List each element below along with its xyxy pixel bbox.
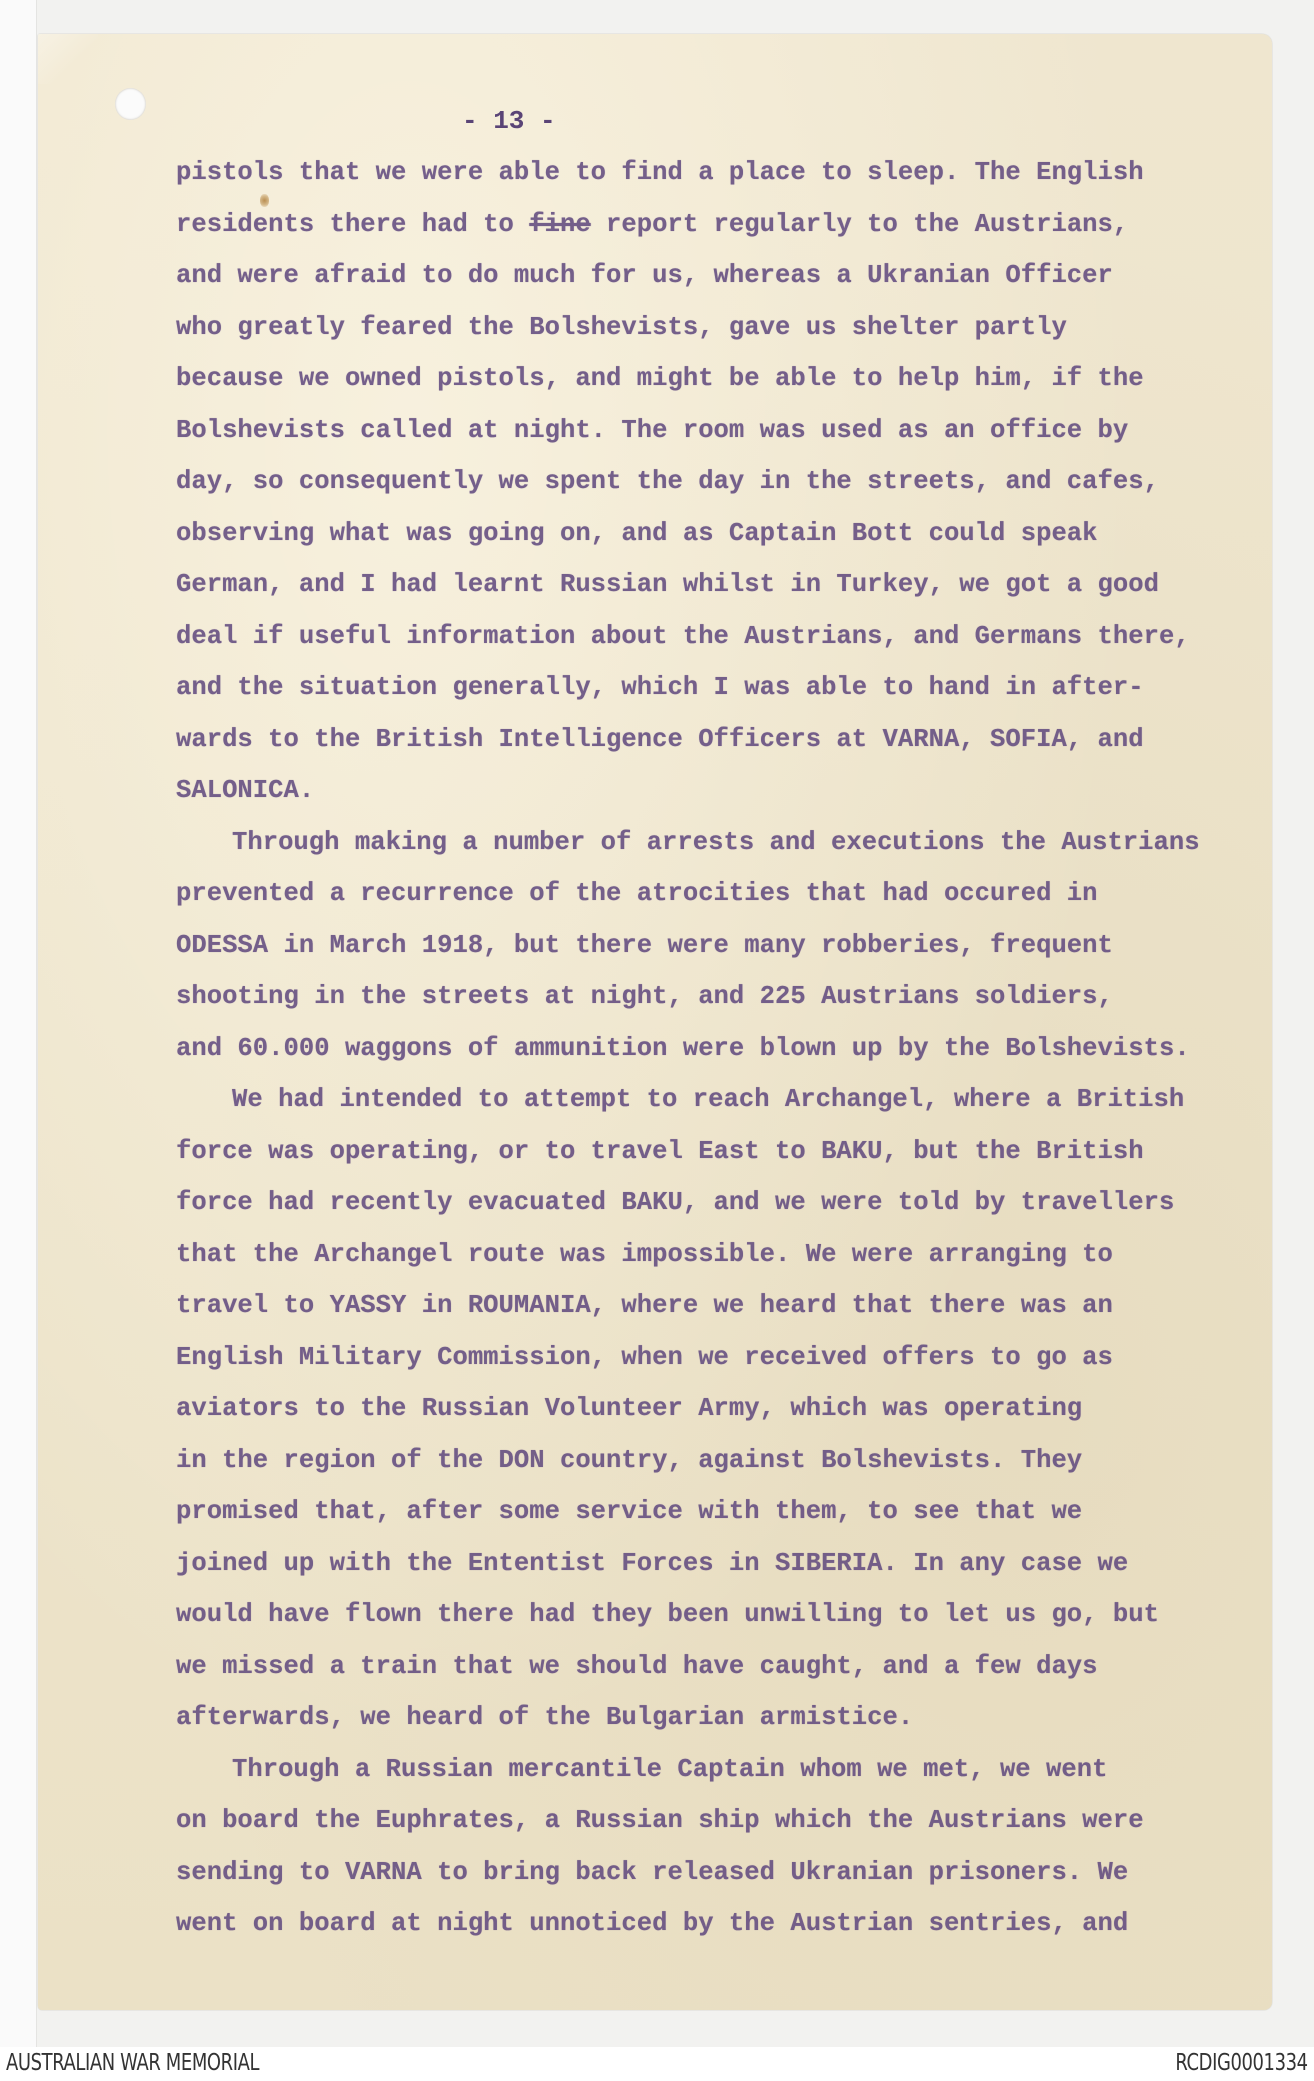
- typed-line: shooting in the streets at night, and 22…: [176, 982, 1113, 1012]
- typed-line: we missed a train that we should have ca…: [176, 1652, 1098, 1682]
- typed-line: observing what was going on, and as Capt…: [176, 519, 1098, 549]
- typed-line: aviators to the Russian Volunteer Army, …: [176, 1394, 1082, 1424]
- typed-line: afterwards, we heard of the Bulgarian ar…: [176, 1703, 913, 1733]
- typed-line: day, so consequently we spent the day in…: [176, 467, 1159, 497]
- typed-line: went on board at night unnoticed by the …: [176, 1909, 1128, 1939]
- typed-line: deal if useful information about the Aus…: [176, 622, 1190, 652]
- typed-line: force had recently evacuated BAKU, and w…: [176, 1188, 1174, 1218]
- institution-label: AUSTRALIAN WAR MEMORIAL: [6, 2050, 259, 2076]
- typed-line: wards to the British Intelligence Office…: [176, 725, 1144, 755]
- typed-line: pistols that we were able to find a plac…: [176, 158, 1144, 188]
- record-id: RCDIG0001334: [1176, 2050, 1308, 2076]
- typed-line: and 60.000 waggons of ammunition were bl…: [176, 1034, 1190, 1064]
- typed-line: would have flown there had they been unw…: [176, 1600, 1159, 1630]
- typed-line: promised that, after some service with t…: [176, 1497, 1082, 1527]
- paper-stain: [260, 194, 269, 207]
- typed-line: and were afraid to do much for us, where…: [176, 261, 1113, 291]
- typed-line: force was operating, or to travel East t…: [176, 1137, 1144, 1167]
- typed-line: who greatly feared the Bolshevists, gave…: [176, 313, 1067, 343]
- typed-line: Through making a number of arrests and e…: [232, 828, 1200, 858]
- typed-line: residents there had to fine report regul…: [176, 210, 1128, 240]
- typed-line: on board the Euphrates, a Russian ship w…: [176, 1806, 1144, 1836]
- typed-line: SALONICA.: [176, 776, 314, 806]
- corner-fold: [38, 34, 98, 84]
- page-number: - 13 -: [462, 106, 556, 136]
- typed-line: We had intended to attempt to reach Arch…: [232, 1085, 1184, 1115]
- typed-line: joined up with the Ententist Forces in S…: [176, 1549, 1128, 1579]
- typed-line: and the situation generally, which I was…: [176, 673, 1144, 703]
- typed-line: sending to VARNA to bring back released …: [176, 1858, 1128, 1888]
- typed-line: Bolshevists called at night. The room wa…: [176, 416, 1128, 446]
- struck-word: fine: [529, 210, 590, 239]
- typed-line: Through a Russian mercantile Captain who…: [232, 1755, 1107, 1785]
- typed-line: because we owned pistols, and might be a…: [176, 364, 1144, 394]
- typed-line: German, and I had learnt Russian whilst …: [176, 570, 1159, 600]
- punch-hole: [115, 88, 146, 120]
- typed-line: English Military Commission, when we rec…: [176, 1343, 1113, 1373]
- scan-left-margin: [0, 0, 37, 2047]
- footer-bar: AUSTRALIAN WAR MEMORIAL RCDIG0001334: [0, 2047, 1314, 2081]
- typed-line: prevented a recurrence of the atrocities…: [176, 879, 1098, 909]
- typed-line: ODESSA in March 1918, but there were man…: [176, 931, 1113, 961]
- typed-line: in the region of the DON country, agains…: [176, 1446, 1082, 1476]
- typed-page: - 13 - pistols that we were able to find…: [38, 34, 1272, 2010]
- typed-line: that the Archangel route was impossible.…: [176, 1240, 1113, 1270]
- typed-line: travel to YASSY in ROUMANIA, where we he…: [176, 1291, 1113, 1321]
